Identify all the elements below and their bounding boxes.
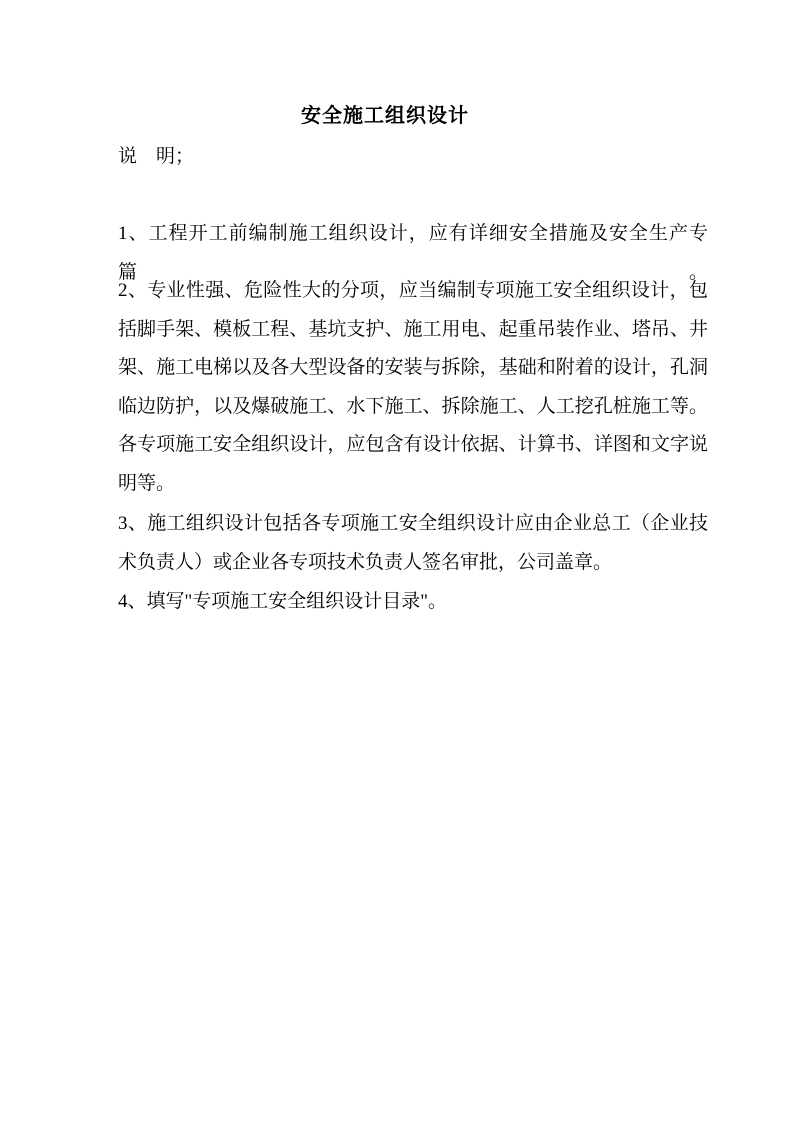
document-title: 安全施工组织设计 xyxy=(0,101,770,131)
paragraph-2-line-3: 架、施工电梯以及各大型设备的安装与拆除，基础和附着的设计，孔洞 xyxy=(118,349,708,388)
paragraph-1-line-1: 1、工程开工前编制施工组织设计，应有详细安全措施及安全生产专篇。 xyxy=(118,215,708,254)
paragraph-2-line-5: 各专项施工安全组织设计，应包含有设计依据、计算书、详图和文字说 xyxy=(118,426,708,465)
paragraph-3-line-2: 术负责人）或企业各专项技术负责人签名审批，公司盖章。 xyxy=(118,544,708,583)
paragraph-4: 4、填写"专项施工安全组织设计目录"。 xyxy=(118,583,708,622)
intro-section: 说 明； xyxy=(118,138,708,177)
paragraph-2: 2、专业性强、危险性大的分项，应当编制专项施工安全组织设计，包 括脚手架、模板工… xyxy=(118,272,708,504)
paragraph-2-line-2: 括脚手架、模板工程、基坑支护、施工用电、起重吊装作业、塔吊、井 xyxy=(118,311,708,350)
paragraph-3-line-1: 3、施工组织设计包括各专项施工安全组织设计应由企业总工（企业技 xyxy=(118,505,708,544)
paragraph-4-line-1: 4、填写"专项施工安全组织设计目录"。 xyxy=(118,583,708,622)
paragraph-2-line-1: 2、专业性强、危险性大的分项，应当编制专项施工安全组织设计，包 xyxy=(118,272,708,311)
document-page: 安全施工组织设计 说 明； 1、工程开工前编制施工组织设计，应有详细安全措施及安… xyxy=(0,0,793,1122)
paragraph-3: 3、施工组织设计包括各专项施工安全组织设计应由企业总工（企业技 术负责人）或企业… xyxy=(118,505,708,582)
paragraph-1: 1、工程开工前编制施工组织设计，应有详细安全措施及安全生产专篇。 xyxy=(118,215,708,254)
paragraph-2-line-6: 明等。 xyxy=(118,465,708,504)
paragraph-2-line-4: 临边防护，以及爆破施工、水下施工、拆除施工、人工挖孔桩施工等。 xyxy=(118,388,708,427)
intro-label: 说 明； xyxy=(118,138,708,177)
